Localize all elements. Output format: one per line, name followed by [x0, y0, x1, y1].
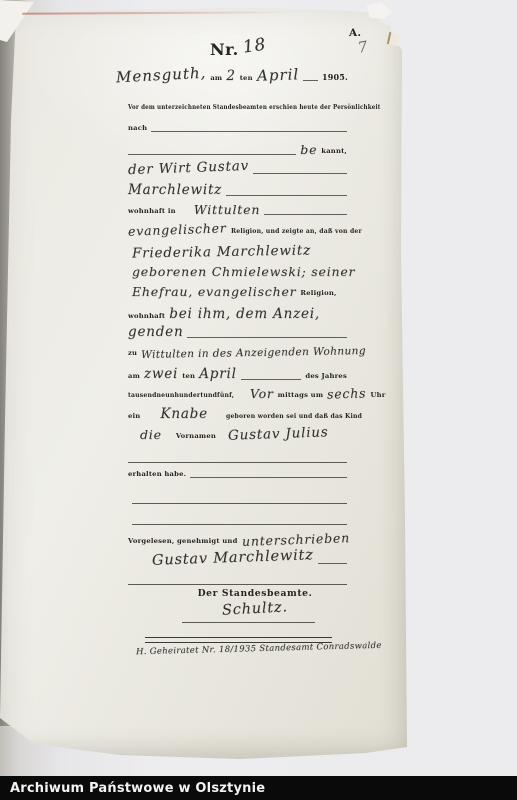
archive-name: Archiwum Państwowe w Olsztynie	[0, 781, 265, 796]
ruled-line	[187, 337, 347, 338]
given-names-handwritten: Gustav Julius	[228, 426, 329, 443]
ruled-line	[128, 154, 296, 155]
month-handwritten: April	[256, 67, 299, 83]
child-handwritten: Knabe	[160, 408, 207, 422]
nach-label: nach	[128, 124, 147, 132]
unterschrieben-handwritten: unterschrieben	[241, 532, 349, 548]
registrar-heading: Der Standesbeamte.	[150, 588, 360, 602]
birthtime-line: tausendneunhundertundfünf, Vor mittags u…	[128, 388, 347, 402]
wohnhaft2-label: wohnhaft	[128, 312, 165, 320]
day-handwritten: 2	[226, 70, 235, 84]
ruled-line	[253, 173, 347, 174]
corner-page-number: 7	[358, 40, 368, 56]
scan-viewport: Nr. 18 A. 7 Mensguth, am 2 ten April 190…	[0, 0, 517, 800]
year-words-label: tausendneunhundertundfünf,	[128, 391, 234, 399]
vorgelesen-line: Vorgelesen, genehmigt und unterschrieben	[128, 534, 347, 548]
place-handwritten: Mensguth,	[116, 66, 207, 86]
record-number-value: 18	[242, 36, 267, 56]
ruled-line	[264, 214, 347, 215]
ruled-line	[128, 584, 347, 585]
religion2-label: Religion,	[300, 289, 336, 297]
religion-handwritten: evangelischer	[128, 222, 227, 238]
declarant-line-2: Marchlewitz	[128, 184, 347, 199]
vorgelesen-label: Vorgelesen, genehmigt und	[128, 537, 238, 545]
hour-handwritten: sechs	[327, 387, 367, 401]
mother-line-3: Ehefrau, evangelischer Religion,	[132, 286, 347, 300]
declarant-signature: Gustav Marchlewitz	[152, 551, 347, 567]
ruled-line	[226, 195, 347, 196]
ruled-line	[128, 462, 347, 463]
daypart-handwritten: Vor	[250, 388, 274, 401]
year-label: 1905.	[322, 72, 348, 82]
birthplace-line: zu Wittulten in des Anzeigenden Wohnung	[128, 348, 347, 360]
am2-label: am	[128, 372, 140, 380]
record-number: Nr. 18	[210, 38, 300, 59]
residence-line: wohnhaft in Wittulten	[128, 204, 347, 218]
ten2-label: ten	[182, 372, 195, 380]
torn-corner-fragment	[387, 32, 400, 46]
day2-handwritten: zwei	[144, 368, 178, 382]
intro-text: Vor dem unterzeichneten Standesbeamten e…	[128, 103, 381, 111]
record-number-label: Nr.	[210, 40, 239, 59]
ruled-line	[303, 80, 318, 81]
marginal-annotation: H. Geheiratet Nr. 18/1935 Standesamt Con…	[136, 645, 348, 655]
intro-line: Vor dem unterzeichneten Standesbeamten e…	[128, 103, 347, 114]
sex-line: ein Knabe geboren worden sei und daß das…	[128, 408, 347, 423]
nach-line: nach	[128, 124, 347, 135]
die-handwritten: die	[140, 429, 162, 442]
ein-label: ein	[128, 412, 140, 420]
residence-line-2: wohnhaft bei ihm, dem Anzei,	[128, 308, 347, 323]
kannt-label: kannt,	[321, 147, 347, 155]
birthplace-handwritten: Wittulten in des Anzeigenden Wohnung	[141, 346, 366, 360]
bei-ihm-handwritten: bei ihm, dem Anzei,	[169, 308, 320, 322]
geboren-label: geboren worden sei und daß das Kind	[226, 412, 362, 420]
genden-line: genden	[128, 326, 347, 341]
mother-line-1: Friederika Marchlewitz	[132, 246, 347, 261]
registrar-signature: Schultz.	[150, 602, 360, 618]
erhalten-line: erhalten habe.	[128, 470, 347, 481]
dateline: Mensguth, am 2 ten April 1905.	[116, 68, 348, 84]
wohnhaft-in-label: wohnhaft in	[128, 207, 176, 215]
residence-handwritten: Wittulten	[194, 204, 260, 217]
am-label: am	[210, 74, 222, 82]
religion-printed: Religion, und zeigte an, daß von der	[231, 227, 362, 235]
month2-handwritten: April	[199, 368, 236, 382]
archive-bar: Archiwum Państwowe w Olsztynie	[0, 776, 517, 800]
ruled-line	[151, 131, 347, 132]
mittags-label: mittags um	[278, 391, 324, 399]
mother-line-2: geborenen Chmielewski; seiner	[132, 266, 347, 280]
ruled-line	[132, 503, 347, 504]
uhr-label: Uhr	[371, 391, 386, 399]
des-jahres-label: des Jahres	[305, 372, 347, 380]
ruled-line	[132, 524, 347, 525]
ten-label: ten	[240, 74, 253, 82]
declarant-line-1: der Wirt Gustav	[128, 162, 347, 177]
ruled-line	[190, 477, 347, 478]
names-line: die Vornamen Gustav Julius	[140, 428, 347, 443]
ruled-line	[182, 622, 315, 623]
ruled-line	[318, 563, 347, 564]
ruled-line	[241, 379, 302, 380]
erhalten-label: erhalten habe.	[128, 470, 186, 478]
vornamen-label: Vornamen	[176, 432, 216, 440]
bekannt-line: be kannt,	[128, 144, 347, 158]
zu-label: zu	[128, 349, 137, 357]
birthdate-line: am zwei ten April des Jahres	[128, 368, 347, 383]
be-handwritten: be	[300, 144, 317, 157]
religion-line-1: evangelischer Religion, und zeigte an, d…	[128, 224, 347, 238]
